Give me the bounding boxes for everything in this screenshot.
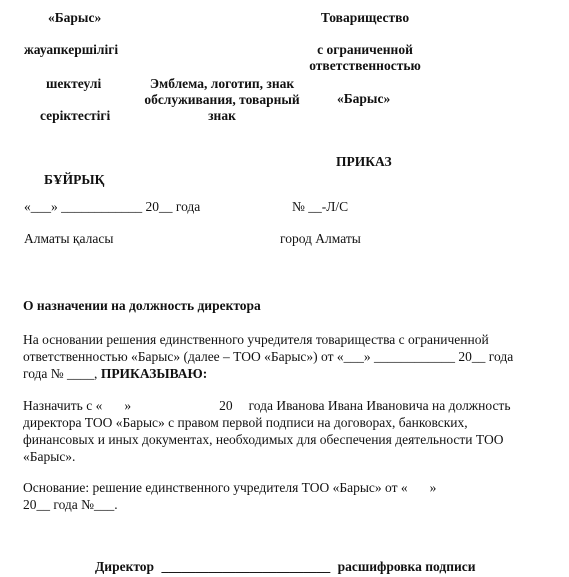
ru-header-line: с ограниченной [300,42,430,58]
order-subject: О назначении на должность директора [23,298,261,314]
emblem-placeholder: Эмблема, логотип, знак обслуживания, тов… [136,76,308,124]
order-date-line: «___» ____________ 20__ года [24,199,200,215]
basis-quote-close: » [430,480,437,495]
signature-block: Директор _________________________ расши… [95,559,476,575]
appointment-paragraph: Назначить с «»20года Иванова Ивана Ивано… [23,397,553,465]
appointment-start: Назначить с « [23,398,102,413]
kz-header-line: шектеулі [46,76,101,92]
appointment-line: директора ТОО «Барыс» с правом первой по… [23,414,553,431]
basis-paragraph: Основание: решение единственного учредит… [23,479,553,513]
signature-caption: расшифровка подписи [338,559,476,574]
city-kz: Алматы қаласы [24,231,113,247]
order-directive: ПРИКАЗЫВАЮ: [101,366,207,381]
order-number-line: № __-Л/С [292,199,348,215]
kz-header-line: жауапкершілігі [24,42,118,58]
basis-start: Основание: решение единственного учредит… [23,480,408,495]
basis-line: 20__ года №___. [23,496,553,513]
emblem-line: знак [136,108,308,124]
order-title-ru: ПРИКАЗ [336,154,392,170]
order-title-kz: БҰЙРЫҚ [44,172,104,188]
appointment-line: «Барыс». [23,448,553,465]
appointment-line: финансовых и иных документах, необходимы… [23,431,553,448]
preamble-line: года № ____, ПРИКАЗЫВАЮ: [23,365,553,382]
city-ru: город Алматы [280,231,361,247]
emblem-line: обслуживания, товарный [136,92,308,108]
kz-header-line: серіктестігі [40,108,110,124]
emblem-line: Эмблема, логотип, знак [136,76,308,92]
appointment-line: Назначить с «»20года Иванова Ивана Ивано… [23,397,553,414]
signature-title: Директор [95,559,154,574]
ru-company-name: «Барыс» [337,91,390,107]
preamble-prefix: года № ____, [23,366,101,381]
appointment-quote-close: » [124,398,131,413]
appointment-year: 20 [219,398,233,413]
ru-header-line: Товарищество [300,10,430,26]
preamble-line: ответственностью «Барыс» (далее – ТОО «Б… [23,348,553,365]
signature-blank[interactable]: _________________________ [161,559,330,574]
basis-line: Основание: решение единственного учредит… [23,479,553,496]
kz-company-name: «Барыс» [48,10,101,26]
appointment-rest: года Иванова Ивана Ивановича на должност… [249,398,511,413]
preamble-line: На основании решения единственного учред… [23,331,553,348]
ru-header-line: ответственностью [300,58,430,74]
preamble-paragraph: На основании решения единственного учред… [23,331,553,382]
